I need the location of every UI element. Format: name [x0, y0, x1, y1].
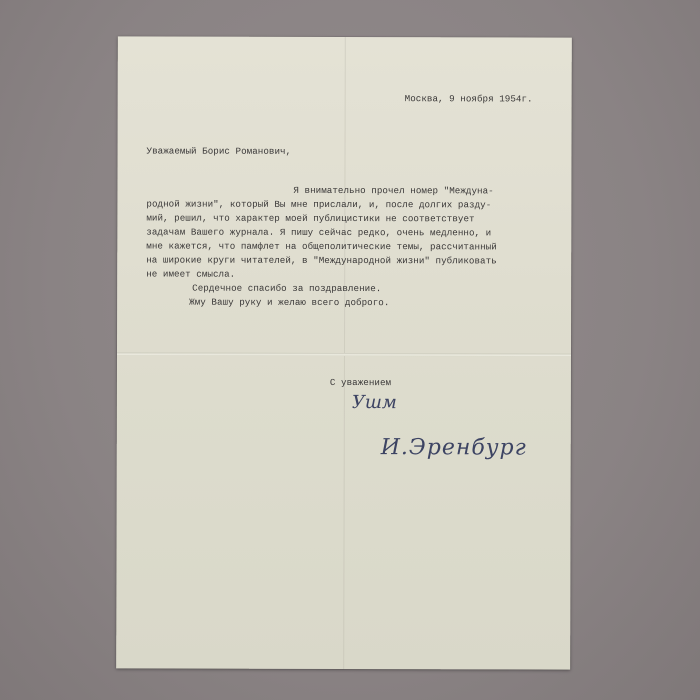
wishes-line: Жму Вашу руку и желаю всего доброго. [189, 297, 389, 309]
body-line: задачам Вашего журнала. Я пишу сейчас ре… [146, 226, 491, 238]
letter-sheet: Москва, 9 ноября 1954г. Уважаемый Борис … [116, 36, 572, 669]
body-line: мне кажется, что памфлет на общеполитиче… [146, 240, 497, 252]
body-line: на широкие круги читателей, в "Междунаро… [146, 254, 497, 266]
body-line: мий, решил, что характер моей публицисти… [146, 212, 474, 224]
closing: С уважением [330, 377, 391, 388]
thanks-line: Сердечное спасибо за поздравление. [192, 283, 381, 294]
signature-surname: И.Эренбург [381, 435, 527, 460]
body-line: не имеет смысла. [146, 268, 235, 279]
place-date: Москва, 9 ноября 1954г. [405, 93, 533, 104]
paper-fold [117, 352, 571, 356]
signature-first-name: Ушм [352, 392, 397, 413]
body-line: родной жизни", который Вы мне прислали, … [146, 198, 491, 210]
salutation: Уважаемый Борис Романович, [147, 145, 292, 156]
body-line: Я внимательно прочел номер "Междуна- [293, 185, 493, 197]
